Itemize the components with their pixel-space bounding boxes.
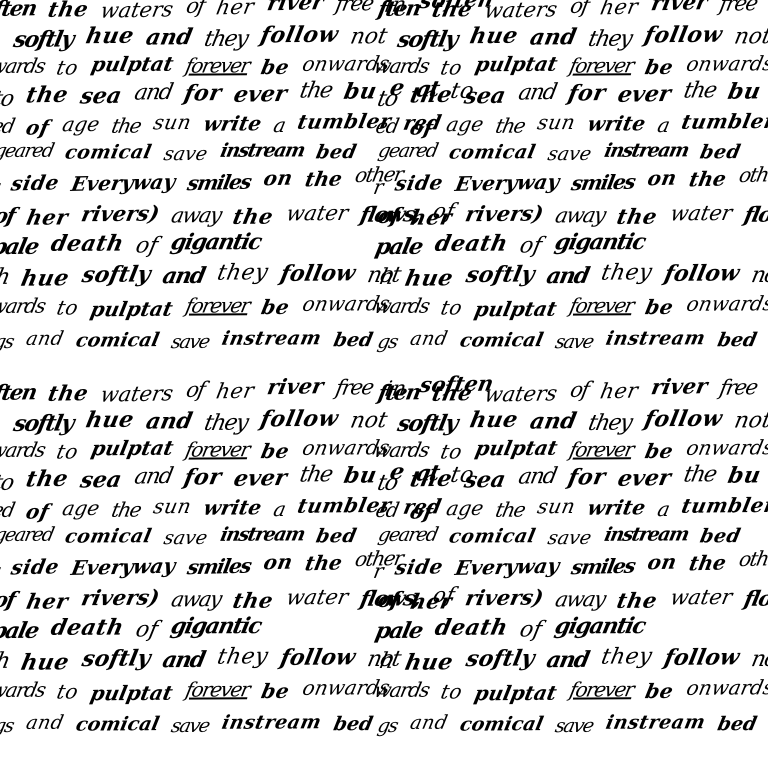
handwritten-word: the xyxy=(298,80,334,103)
handwritten-word: the xyxy=(304,168,344,189)
handwritten-word: wards xyxy=(372,56,430,76)
pattern-tile: ftenthewatersofherriverfreeinsoftensoftl… xyxy=(384,0,768,384)
handwriting-line: hhuesoftlyandtheyfollownot xyxy=(378,262,768,289)
handwritten-word: away xyxy=(169,589,222,610)
handwritten-word: comical xyxy=(458,331,545,350)
handwritten-word: be xyxy=(643,57,675,77)
handwriting-line: ofherrivers)awaythewaterflows,of xyxy=(376,586,768,612)
handwritten-word: gs xyxy=(376,717,399,736)
handwritten-word: pulptat xyxy=(473,683,559,704)
handwritten-word: and xyxy=(408,330,449,349)
handwritten-word: be xyxy=(260,681,292,701)
handwritten-word: save xyxy=(169,333,210,352)
handwritten-word: h xyxy=(0,267,11,289)
handwritten-word: rivers) xyxy=(464,203,546,225)
handwritten-word: softly xyxy=(80,647,152,670)
handwritten-word: other xyxy=(738,548,768,569)
handwritten-word: gs xyxy=(0,333,15,352)
handwritten-word: the xyxy=(615,590,659,611)
handwritten-word: be xyxy=(259,441,291,461)
handwriting-line: totheseaandforeverthebueatto xyxy=(376,461,768,493)
handwriting-line: wardstopulptatforeverbeonwards xyxy=(372,438,768,461)
handwritten-word: her xyxy=(409,590,454,611)
handwritten-word: the xyxy=(110,115,142,135)
handwritten-word: water xyxy=(668,203,734,225)
handwritten-word: comical xyxy=(458,715,545,734)
handwriting-line: edofagethesunwriteatumblerred xyxy=(374,111,768,136)
handwriting-line: wardstopulptatforeverbeonwards xyxy=(0,54,404,77)
handwriting-line: wardstopulptatforeverbeonwards xyxy=(0,295,404,318)
handwritten-word: of xyxy=(134,619,160,641)
handwritten-word: write xyxy=(202,497,263,518)
handwriting-line: ofherrivers)awaythewaterflows,of xyxy=(376,202,768,228)
handwritten-word: her xyxy=(214,0,256,18)
handwritten-word: onwards xyxy=(685,293,768,314)
handwritten-word: for xyxy=(566,466,608,489)
handwritten-word: follow xyxy=(278,646,357,669)
handwritten-word: save xyxy=(553,717,594,736)
handwritten-word: for xyxy=(182,466,224,489)
handwritten-word: bed xyxy=(716,331,759,350)
handwritten-word: of xyxy=(518,619,544,641)
handwriting-line: wardstopulptatforeverbeonwards xyxy=(372,54,768,77)
handwritten-word: sun xyxy=(152,112,194,132)
handwritten-word: pale xyxy=(373,236,424,258)
handwritten-word: ften xyxy=(376,0,421,19)
handwriting-line: softlyhueandtheyfollownot xyxy=(396,24,768,51)
handwritten-word: the xyxy=(231,206,275,227)
handwritten-word: the xyxy=(682,464,718,487)
handwritten-word: they xyxy=(599,646,654,669)
handwritten-word: Everyway xyxy=(70,171,177,194)
handwritten-word: of xyxy=(184,0,205,17)
handwritten-word: the xyxy=(46,0,90,20)
handwritten-word: save xyxy=(546,145,593,164)
handwritten-word: forever xyxy=(568,55,635,75)
handwritten-word: forever xyxy=(568,679,635,699)
handwritten-word: age xyxy=(445,114,486,134)
handwritten-word: other xyxy=(738,164,768,185)
handwriting-line: gearedcomicalsaveinstreambed xyxy=(376,526,756,547)
handwritten-word: and xyxy=(545,265,591,287)
handwritten-word: of xyxy=(408,117,435,137)
handwritten-word: sea xyxy=(462,469,507,492)
handwriting-line: hhuesoftlyandtheyfollownot xyxy=(378,646,768,673)
handwritten-word: the xyxy=(24,468,70,491)
handwritten-word: forever xyxy=(184,679,251,699)
handwritten-word: instream xyxy=(604,329,707,349)
handwritten-word: the xyxy=(231,590,275,611)
handwritten-word: on xyxy=(646,168,679,189)
handwritten-word: the xyxy=(24,84,70,107)
handwriting-line: rsideEverywaysmilesontheother xyxy=(0,166,417,196)
handwritten-word: to xyxy=(0,89,15,111)
handwritten-word: the xyxy=(46,382,90,404)
handwritten-word: and xyxy=(161,649,207,671)
handwritten-word: not xyxy=(732,26,768,48)
handwritten-word: free xyxy=(718,0,759,15)
handwritten-word: away xyxy=(553,589,606,610)
handwritten-word: softly xyxy=(12,412,75,435)
handwritten-word: the xyxy=(408,84,454,107)
handwritten-word: softly xyxy=(396,412,459,435)
handwritten-word: geared xyxy=(0,526,55,545)
handwritten-word: softly xyxy=(396,28,459,51)
handwritten-word: forever xyxy=(184,439,251,459)
handwritten-word: gigantic xyxy=(553,615,647,637)
handwritten-word: her xyxy=(25,590,70,611)
handwritten-word: of xyxy=(0,205,16,226)
handwritten-word: bu xyxy=(726,464,763,487)
handwritten-word: waters xyxy=(483,0,559,22)
handwritten-word: for xyxy=(182,82,224,105)
handwritten-word: gs xyxy=(0,717,15,736)
handwritten-word: geared xyxy=(376,526,438,545)
handwritten-word: be xyxy=(644,681,676,701)
handwritten-word: tumbler xyxy=(680,111,768,132)
handwritten-word: pale xyxy=(0,620,40,642)
handwriting-line: wardstopulptatforeverbeonwards xyxy=(0,438,404,461)
handwriting-line: hhuesoftlyandtheyfollownot xyxy=(0,646,415,673)
handwritten-word: pulptat xyxy=(473,299,559,320)
handwritten-word: onwards xyxy=(685,677,768,698)
handwritten-word: her xyxy=(598,381,640,403)
handwritten-word: they xyxy=(586,29,633,51)
handwritten-word: and xyxy=(528,410,578,433)
handwritten-word: the xyxy=(110,499,142,519)
handwritten-word: and xyxy=(144,26,194,49)
handwritten-word: bed xyxy=(716,715,759,734)
handwritten-word: onwards xyxy=(685,53,768,74)
handwritten-word: to xyxy=(55,441,80,461)
handwritten-word: gigantic xyxy=(169,615,263,637)
handwriting-pattern-canvas: ftenthewatersofherriverfreeinsoftensoftl… xyxy=(0,0,768,768)
handwritten-word: forever xyxy=(568,295,635,315)
handwritten-word: be xyxy=(259,57,291,77)
handwritten-word: age xyxy=(61,114,102,134)
handwritten-word: they xyxy=(215,262,270,285)
handwritten-word: save xyxy=(169,717,210,736)
handwritten-word: bed xyxy=(314,143,358,162)
handwritten-word: ed xyxy=(374,500,400,520)
handwritten-word: and xyxy=(133,466,174,489)
handwritten-word: be xyxy=(644,297,676,317)
handwritten-word: the xyxy=(298,464,334,487)
handwritten-word: waters xyxy=(99,0,175,22)
handwritten-word: of xyxy=(408,501,435,521)
handwritten-word: smiles xyxy=(570,172,636,194)
handwritten-word: wards xyxy=(0,56,46,76)
handwritten-word: bu xyxy=(726,80,763,103)
handwritten-word: on xyxy=(646,552,679,573)
handwritten-word: and xyxy=(517,82,558,105)
handwritten-word: water xyxy=(668,587,734,609)
handwritten-word: the xyxy=(430,0,474,20)
handwritten-word: save xyxy=(546,529,593,548)
handwritten-word: ften xyxy=(376,381,421,403)
handwritten-word: of xyxy=(376,205,400,226)
handwritten-word: pulptat xyxy=(90,54,176,75)
handwritten-word: pulptat xyxy=(89,683,175,704)
pattern-tile: ftenthewatersofherriverfreeinsoftensoftl… xyxy=(0,0,384,384)
handwritten-word: her xyxy=(25,206,70,227)
handwritten-word: smiles xyxy=(186,172,252,194)
handwritten-word: pulptat xyxy=(90,438,176,459)
pattern-tile: ftenthewatersofherriverfreeinsoftensoftl… xyxy=(384,384,768,768)
handwritten-word: and xyxy=(161,265,207,287)
handwritten-word: to xyxy=(375,473,398,495)
handwritten-word: comical xyxy=(447,527,537,546)
handwritten-word: forever xyxy=(184,295,251,315)
handwritten-word: death xyxy=(433,617,510,639)
handwriting-line: gearedcomicalsaveinstreambed xyxy=(376,142,756,163)
handwritten-word: rivers) xyxy=(80,587,162,609)
handwritten-word: the xyxy=(408,468,454,491)
handwritten-word: sea xyxy=(78,469,123,492)
handwritten-word: write xyxy=(586,113,647,134)
handwritten-word: a xyxy=(272,499,286,519)
handwritten-word: instream xyxy=(219,525,306,544)
handwritten-word: water xyxy=(284,587,350,609)
handwritten-word: to xyxy=(0,473,15,495)
handwritten-word: wards xyxy=(372,680,430,700)
handwritten-word: instream xyxy=(603,525,690,544)
handwritten-word: pulptat xyxy=(474,54,560,75)
handwritten-word: waters xyxy=(483,383,559,406)
handwriting-line: gearedcomicalsaveinstreambed xyxy=(0,142,372,163)
handwritten-word: they xyxy=(586,413,633,435)
handwritten-word: of xyxy=(24,117,51,137)
handwritten-word: ed xyxy=(0,500,16,520)
handwritten-word: bed xyxy=(332,331,375,350)
handwritten-word: write xyxy=(202,113,263,134)
handwriting-line: hhuesoftlyandtheyfollownot xyxy=(0,262,415,289)
handwritten-word: to xyxy=(439,297,464,317)
handwritten-word: the xyxy=(304,552,344,573)
handwritten-word: comical xyxy=(74,715,161,734)
handwritten-word: a xyxy=(656,115,670,135)
handwritten-word: softly xyxy=(464,647,536,670)
handwritten-word: instream xyxy=(219,141,306,160)
handwritten-word: sun xyxy=(536,496,578,516)
handwritten-word: her xyxy=(214,381,256,403)
handwritten-word: to xyxy=(55,681,80,701)
handwritten-word: wards xyxy=(372,440,430,460)
handwritten-word: of xyxy=(0,589,16,610)
handwritten-word: to xyxy=(55,297,80,317)
handwritten-word: rivers) xyxy=(80,203,162,225)
handwritten-word: river xyxy=(266,0,326,13)
handwritten-word: Everyway xyxy=(454,555,561,578)
handwritten-word: the xyxy=(494,499,526,519)
handwritten-word: they xyxy=(599,262,654,285)
handwriting-line: paledeathofgigantic xyxy=(374,233,660,257)
handwritten-word: save xyxy=(162,145,209,164)
handwritten-word: bu xyxy=(342,464,379,487)
handwritten-word: away xyxy=(553,205,606,226)
handwritten-word: side xyxy=(10,172,61,193)
handwritten-word: river xyxy=(650,0,710,13)
handwriting-line: softlyhueandtheyfollownot xyxy=(12,408,403,435)
handwritten-word: gs xyxy=(376,333,399,352)
handwritten-word: and xyxy=(133,82,174,105)
handwriting-line: softlyhueandtheyfollownot xyxy=(12,24,403,51)
handwritten-word: sea xyxy=(462,85,507,108)
handwritten-word: write xyxy=(586,497,647,518)
handwritten-word: on xyxy=(262,552,295,573)
handwritten-word: ever xyxy=(232,83,289,106)
handwritten-word: comical xyxy=(74,331,161,350)
handwritten-word: away xyxy=(169,205,222,226)
handwritten-word: follow xyxy=(643,408,725,431)
handwritten-word: bed xyxy=(698,527,742,546)
handwriting-line: edofagethesunwriteatumblerred xyxy=(374,495,768,520)
handwritten-word: water xyxy=(284,203,350,225)
handwritten-word: and xyxy=(545,649,591,671)
handwriting-line: totheseaandforeverthebueatto xyxy=(376,77,768,109)
handwritten-word: and xyxy=(144,410,194,433)
handwritten-word: and xyxy=(24,330,65,349)
handwritten-word: a xyxy=(272,115,286,135)
pattern-tile: ftenthewatersofherriverfreeinsoftensoftl… xyxy=(0,384,384,768)
handwritten-word: geared xyxy=(376,142,438,161)
handwritten-word: ed xyxy=(374,116,400,136)
handwritten-word: sun xyxy=(152,496,194,516)
handwritten-word: pale xyxy=(373,620,424,642)
handwritten-word: of xyxy=(24,501,51,521)
handwritten-word: flows, xyxy=(743,587,768,609)
handwriting-line: wardstopulptatforeverbeonwards xyxy=(372,295,768,318)
handwritten-word: follow xyxy=(662,646,741,669)
handwritten-word: hue xyxy=(468,25,520,48)
handwritten-word: and xyxy=(24,714,65,733)
handwritten-word: smiles xyxy=(570,556,636,578)
handwritten-word: to xyxy=(439,681,464,701)
handwritten-word: river xyxy=(266,375,326,397)
handwritten-word: the xyxy=(688,552,728,573)
handwritten-word: pulptat xyxy=(89,299,175,320)
handwritten-word: not xyxy=(348,410,389,432)
handwritten-word: ever xyxy=(616,83,673,106)
handwritten-word: age xyxy=(61,498,102,518)
handwritten-word: free xyxy=(334,377,375,399)
handwritten-word: they xyxy=(202,413,249,435)
handwritten-word: and xyxy=(517,466,558,489)
handwritten-word: onwards xyxy=(685,437,768,458)
handwritten-word: hue xyxy=(19,651,71,674)
handwritten-word: her xyxy=(598,0,640,18)
handwritten-word: the xyxy=(430,382,474,404)
handwriting-line: wardstopulptatforeverbeonwards xyxy=(372,679,768,702)
handwritten-word: geared xyxy=(0,142,55,161)
handwritten-word: death xyxy=(433,233,510,255)
handwritten-word: wards xyxy=(0,296,47,316)
handwritten-word: side xyxy=(394,556,445,577)
handwritten-word: Everyway xyxy=(454,171,561,194)
handwritten-word: the xyxy=(688,168,728,189)
handwriting-line: paledeathofgigantic xyxy=(374,617,660,641)
handwritten-word: be xyxy=(643,441,675,461)
handwritten-word: wards xyxy=(372,296,430,316)
handwritten-word: to xyxy=(439,441,464,461)
handwriting-line: ftenthewatersofherriverfreeinsoften xyxy=(376,0,768,22)
handwritten-word: free xyxy=(718,377,759,399)
handwritten-word: softly xyxy=(464,263,536,286)
handwritten-word: age xyxy=(445,498,486,518)
handwritten-word: save xyxy=(553,333,594,352)
handwriting-line: rsideEverywaysmilesontheother xyxy=(0,550,417,580)
handwritten-word: not xyxy=(732,410,768,432)
handwriting-line: gsandcomicalsaveinstreambed xyxy=(0,330,388,351)
handwritten-word: death xyxy=(49,617,126,639)
handwritten-word: of xyxy=(134,235,160,257)
handwritten-word: instream xyxy=(220,329,323,349)
handwritten-word: follow xyxy=(662,262,741,285)
handwritten-word: comical xyxy=(63,527,153,546)
handwritten-word: follow xyxy=(259,24,341,47)
handwritten-word: sun xyxy=(536,112,578,132)
handwritten-word: gigantic xyxy=(169,231,263,253)
handwritten-word: pulptat xyxy=(474,438,560,459)
handwritten-word: of xyxy=(376,589,400,610)
handwritten-word: forever xyxy=(184,55,251,75)
handwritten-word: instream xyxy=(604,713,707,733)
handwriting-line: paledeathofgigantic xyxy=(0,233,275,257)
handwritten-word: bed xyxy=(332,715,375,734)
handwriting-line: gearedcomicalsaveinstreambed xyxy=(0,526,372,547)
handwritten-word: hue xyxy=(84,25,136,48)
handwritten-word: hue xyxy=(403,651,455,674)
handwritten-word: to xyxy=(55,57,80,77)
handwritten-word: save xyxy=(162,529,209,548)
handwritten-word: follow xyxy=(259,408,341,431)
handwritten-word: be xyxy=(260,297,292,317)
handwritten-word: not xyxy=(749,649,768,671)
handwritten-word: and xyxy=(408,714,449,733)
handwritten-word: to xyxy=(439,57,464,77)
handwritten-word: rivers) xyxy=(464,587,546,609)
handwritten-word: flows, xyxy=(743,203,768,225)
handwritten-word: sea xyxy=(78,85,123,108)
handwriting-line: gsandcomicalsaveinstreambed xyxy=(376,330,768,351)
handwritten-word: hue xyxy=(19,267,71,290)
handwritten-word: ever xyxy=(232,467,289,490)
handwritten-word: wards xyxy=(0,440,46,460)
handwriting-line: gsandcomicalsaveinstreambed xyxy=(376,714,768,735)
handwritten-word: comical xyxy=(447,143,537,162)
handwritten-word: to xyxy=(375,89,398,111)
handwritten-word: death xyxy=(49,233,126,255)
handwritten-word: they xyxy=(202,29,249,51)
handwritten-word: hue xyxy=(84,409,136,432)
handwritten-word: pale xyxy=(0,236,40,258)
handwritten-word: the xyxy=(615,206,659,227)
handwritten-word: river xyxy=(650,375,710,397)
handwritten-word: of xyxy=(568,380,589,401)
handwritten-word: side xyxy=(10,556,61,577)
handwritten-word: comical xyxy=(63,143,153,162)
handwritten-word: ften xyxy=(0,381,38,403)
handwriting-line: rsideEverywaysmilesontheother xyxy=(372,550,768,580)
handwritten-word: of xyxy=(518,235,544,257)
handwritten-word: softly xyxy=(80,263,152,286)
handwritten-word: follow xyxy=(278,262,357,285)
handwriting-line: softlyhueandtheyfollownot xyxy=(396,408,768,435)
handwritten-word: a xyxy=(656,499,670,519)
handwritten-word: instream xyxy=(220,713,323,733)
handwritten-word: the xyxy=(682,80,718,103)
handwritten-word: softly xyxy=(12,28,75,51)
